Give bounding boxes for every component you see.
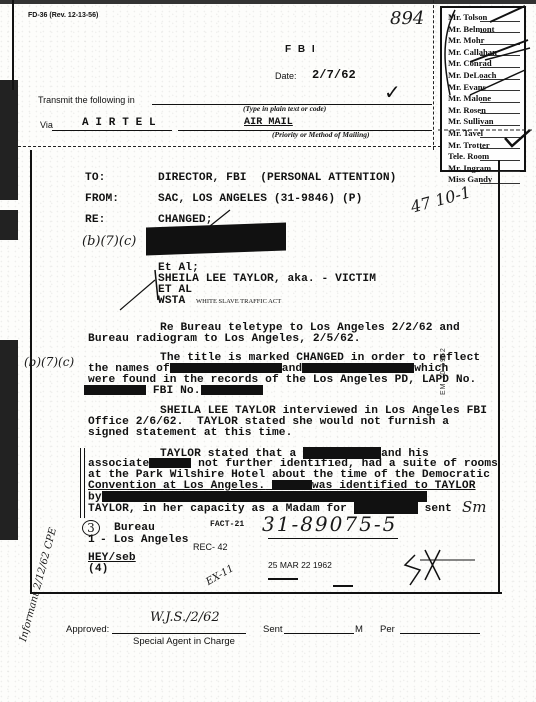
stamp-line [268, 578, 298, 580]
scan-edge-line [12, 0, 14, 90]
approved-signature: W.J.S./2/62 [150, 610, 220, 625]
approved-line [112, 633, 246, 634]
handwritten-initial: Sm [462, 498, 487, 516]
per-line [400, 633, 480, 634]
via-label: Via [40, 120, 53, 130]
fact-stamp: FACT-21 [210, 520, 244, 529]
scan-edge-bar [0, 80, 18, 200]
paragraph-3-line-3: signed statement at this time. [88, 427, 292, 439]
redaction-box [84, 385, 146, 395]
redaction-box [302, 363, 414, 373]
handwritten-mark-icon [400, 540, 480, 600]
file-number-underline [268, 538, 398, 539]
via-value: A I R T E L [82, 117, 156, 129]
scan-edge-bar [0, 340, 18, 540]
sac-label: Special Agent in Charge [133, 636, 235, 647]
vertical-stamp: EM 20 1962 [440, 347, 447, 395]
m-label: M [355, 624, 363, 635]
file-number: 31-89075-5 [262, 512, 397, 536]
margin-bracket [80, 448, 85, 518]
sent-label: Sent [263, 624, 283, 635]
redaction-box [102, 491, 427, 502]
mail-hint: (Priority or Method of Mailing) [272, 130, 370, 139]
redaction-box [272, 480, 312, 490]
routing-checkmarks-icon [430, 0, 536, 175]
date-value: 2/7/62 [312, 68, 356, 82]
checkmark-icon: ✓ [384, 80, 401, 104]
paragraph-1-line-2: Bureau radiogram to Los Angeles, 2/5/62. [88, 333, 361, 345]
distribution-bureau: Bureau [114, 522, 155, 534]
exemption-note: (b)(7)(c) [24, 355, 74, 369]
distribution-la: - Los Angeles [100, 534, 189, 546]
date-label: Date: [275, 71, 297, 81]
handwritten-number: 894 [390, 8, 424, 29]
approved-label: Approved: [66, 624, 109, 635]
agency-title: F B I [285, 44, 317, 55]
transmit-label: Transmit the following in [38, 95, 135, 105]
redaction-box [149, 458, 191, 468]
per-label: Per [380, 624, 395, 635]
transmit-hint: (Type in plain text or code) [243, 104, 326, 113]
redaction-box [201, 385, 263, 395]
mail-method-value: AIR MAIL [244, 117, 293, 128]
stamp-line [333, 585, 353, 587]
via-line [52, 130, 172, 131]
scan-edge-bar [0, 210, 18, 240]
copies: (4) [88, 563, 108, 575]
redaction-box [170, 363, 282, 373]
rec-stamp: REC- 42 [193, 542, 228, 552]
form-number: FD-36 (Rev. 12-13-56) [28, 12, 98, 19]
memo-frame-right [498, 160, 500, 592]
la-count: 1 [88, 534, 95, 546]
paragraph-2-line-4: FBI No. [84, 385, 263, 397]
date-stamp: 25 MAR 22 1962 [268, 560, 332, 570]
sent-line [284, 633, 354, 634]
handwritten-arrows-icon [100, 180, 460, 320]
